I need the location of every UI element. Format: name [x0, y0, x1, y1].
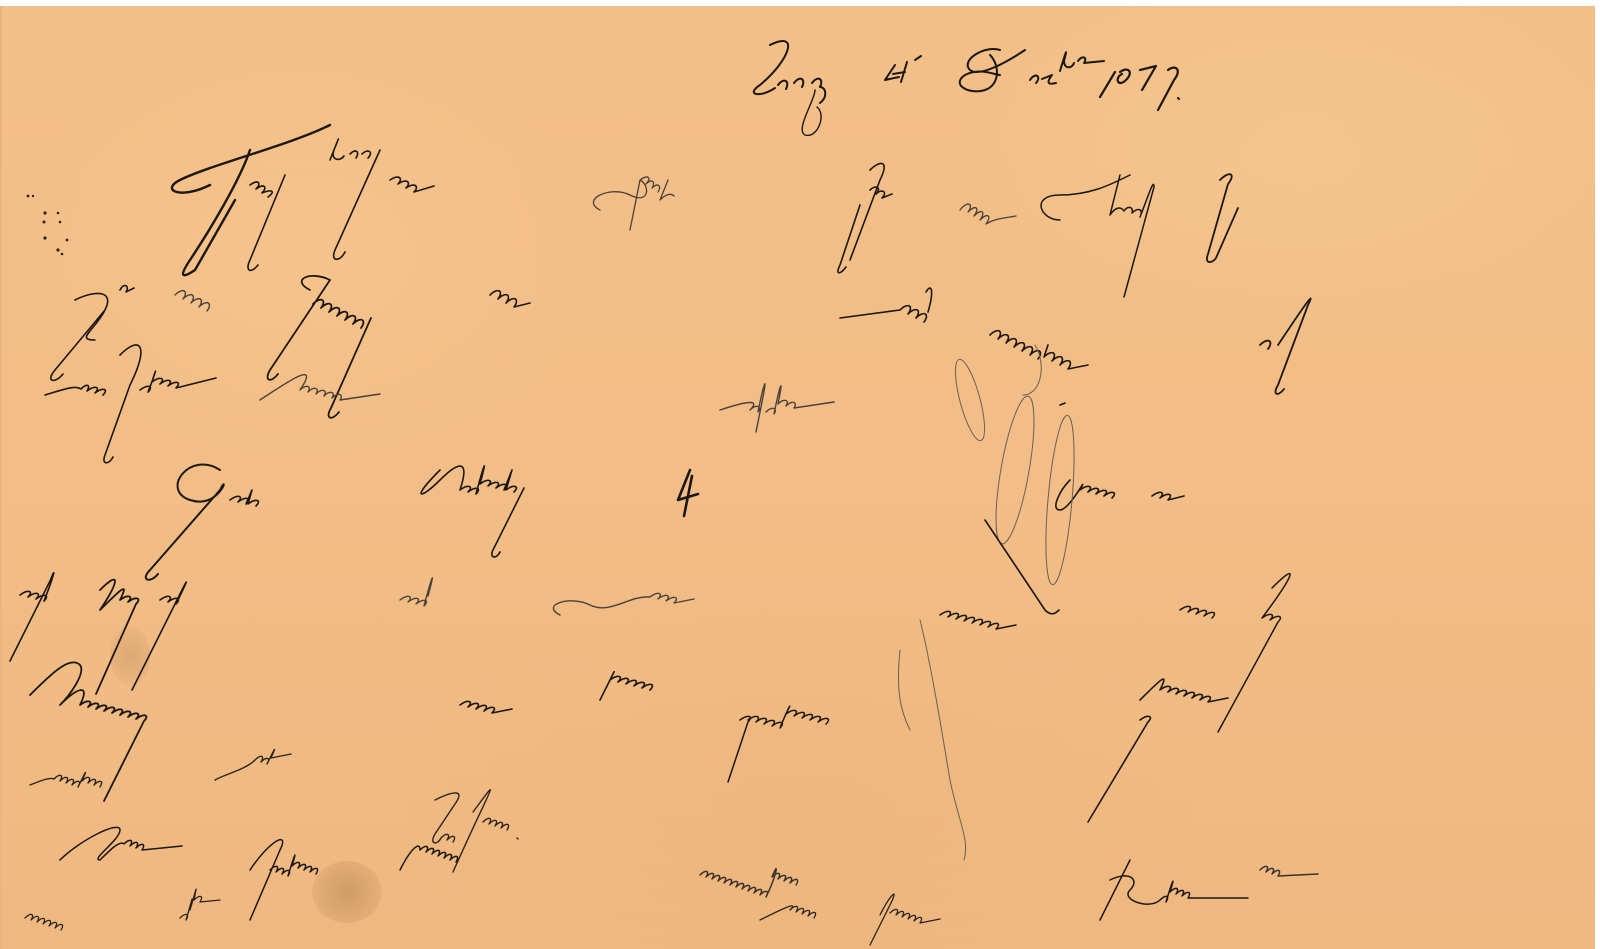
- postcard: [0, 6, 1595, 949]
- water-stain: [312, 861, 382, 923]
- smudge-stain: [110, 626, 150, 686]
